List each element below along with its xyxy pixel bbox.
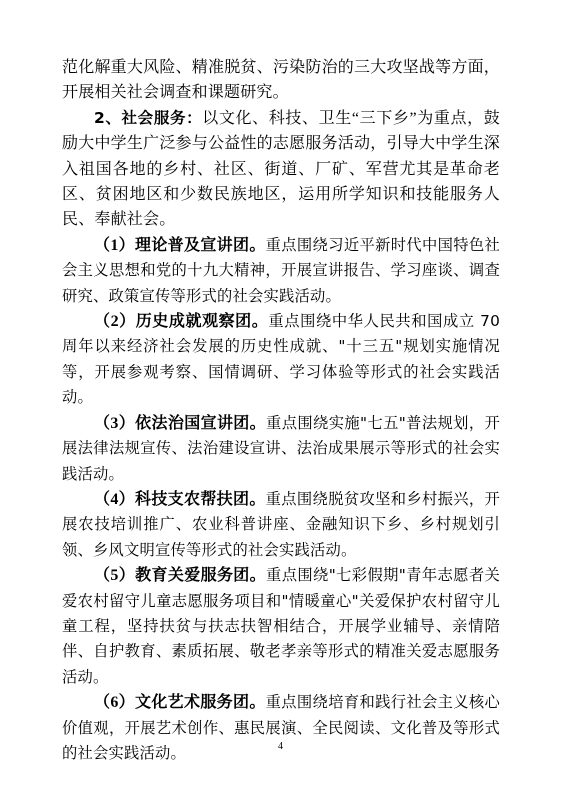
item-heading: （2）历史成就观察团。 [94, 313, 268, 330]
practice-item-5-education-care-team: （5）教育关爱服务团。重点围绕"七彩假期"青年志愿者关爱农村留守儿童志愿服务项目… [62, 563, 500, 690]
paragraph-social-service: 2、社会服务：以文化、科技、卫生“三下乡”为重点，鼓励大中学生广泛参与公益性的志… [62, 106, 500, 233]
paragraph-text: 范化解重大风险、精准脱贫、污染防治的三大攻坚战等方面，开展相关社会调查和课题研究… [62, 59, 500, 101]
practice-item-6-culture-art-team: （6）文化艺术服务团。重点围绕培育和践行社会主义核心价值观，开展艺术创作、惠民展… [62, 690, 500, 766]
paragraph-text: 以文化、科技、卫生“三下乡”为重点，鼓励大中学生广泛参与公益性的志愿服务活动，引… [62, 110, 500, 229]
practice-item-1-theory-team: （1）理论普及宣讲团。重点围绕习近平新时代中国特色社会主义思想和党的十九大精神，… [62, 233, 500, 309]
item-heading: （3）依法治国宣讲团。 [94, 415, 266, 432]
document-body: 范化解重大风险、精准脱贫、污染防治的三大攻坚战等方面，开展相关社会调查和课题研究… [62, 55, 500, 766]
item-heading: （5）教育关爱服务团。 [94, 567, 266, 584]
page-number: 4 [278, 741, 283, 752]
document-page: 范化解重大风险、精准脱贫、污染防治的三大攻坚战等方面，开展相关社会调查和课题研究… [0, 0, 561, 796]
item-heading: （4）科技支农帮扶团。 [94, 491, 266, 508]
practice-item-2-history-team: （2）历史成就观察团。重点围绕中华人民共和国成立 70 周年以来经济社会发展的历… [62, 309, 500, 411]
section-heading-social-service: 2、社会服务： [94, 109, 202, 127]
item-heading: （6）文化艺术服务团。 [94, 694, 266, 711]
item-heading: （1）理论普及宣讲团。 [94, 237, 266, 254]
paragraph-continuation: 范化解重大风险、精准脱贫、污染防治的三大攻坚战等方面，开展相关社会调查和课题研究… [62, 55, 500, 106]
page-footer: 4 [0, 736, 561, 754]
practice-item-3-law-team: （3）依法治国宣讲团。重点围绕实施"七五"普法规划，开展法律法规宣传、法治建设宣… [62, 411, 500, 487]
practice-item-4-agritech-team: （4）科技支农帮扶团。重点围绕脱贫攻坚和乡村振兴，开展农技培训推广、农业科普讲座… [62, 487, 500, 563]
